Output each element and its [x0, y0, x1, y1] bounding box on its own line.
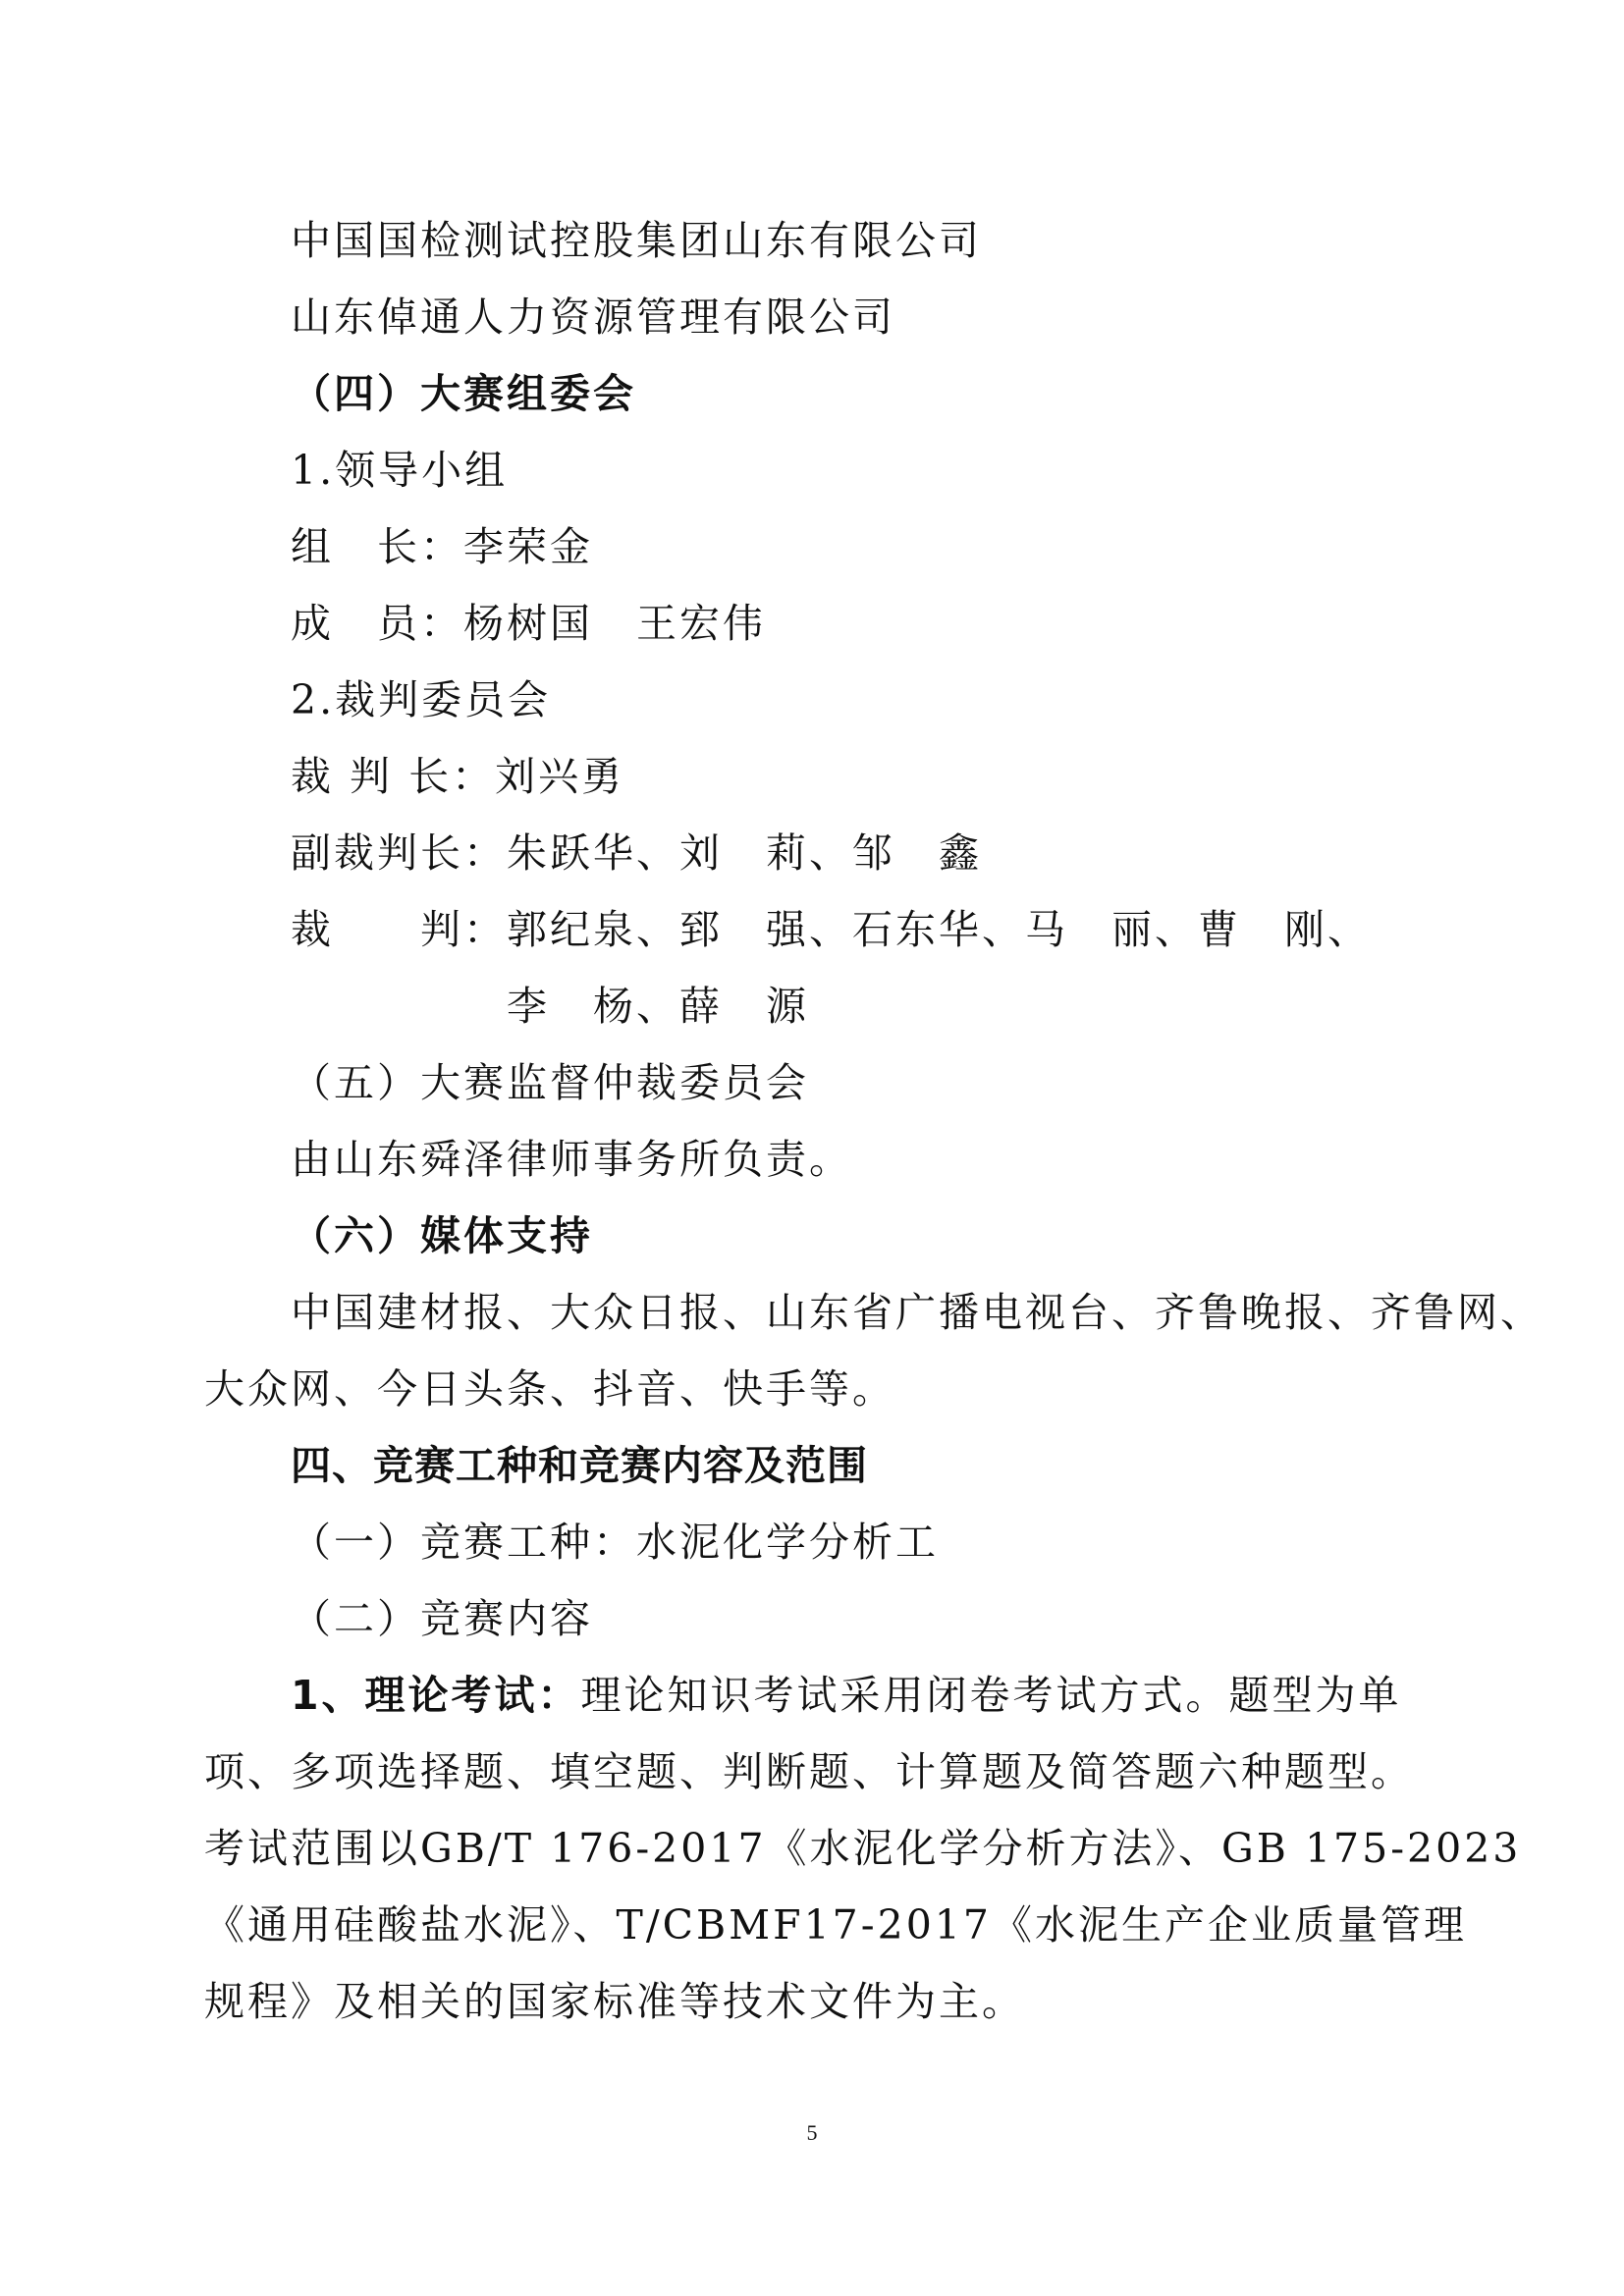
org-line-zhuotong-hr: 山东倬通人力资源管理有限公司	[204, 279, 1432, 355]
competition-content-heading: （二）竞赛内容	[204, 1580, 1432, 1657]
subheading-referee-committee: 2.裁判委员会	[204, 662, 1432, 738]
document-page: 中国国检测试控股集团山东有限公司 山东倬通人力资源管理有限公司 （四）大赛组委会…	[0, 0, 1624, 2296]
group-members-line: 成 员：杨树国 王宏伟	[204, 585, 1432, 662]
theory-exam-paragraph-line-4: 《通用硅酸盐水泥》、T/CBMF17-2017《水泥生产企业质量管理	[204, 1887, 1432, 1963]
theory-exam-paragraph-line-5: 规程》及相关的国家标准等技术文件为主。	[204, 1963, 1432, 2040]
referees-line-continued: 李 杨、薛 源	[204, 968, 1432, 1044]
supervision-description: 由山东舜泽律师事务所负责。	[204, 1121, 1432, 1198]
deputy-chief-referee-line: 副裁判长：朱跃华、刘 莉、邹 鑫	[204, 815, 1432, 891]
theory-exam-paragraph-line-2: 项、多项选择题、填空题、判断题、计算题及简答题六种题型。	[204, 1734, 1432, 1810]
org-line-cci-shandong: 中国国检测试控股集团山东有限公司	[204, 202, 1432, 279]
section-heading-media-support: （六）媒体支持	[204, 1198, 1432, 1274]
group-leader-line: 组 长：李荣金	[204, 508, 1432, 585]
media-list-line-2: 大众网、今日头条、抖音、快手等。	[204, 1351, 1432, 1427]
document-body: 中国国检测试控股集团山东有限公司 山东倬通人力资源管理有限公司 （四）大赛组委会…	[204, 202, 1432, 2040]
referees-line: 裁 判：郭纪泉、郅 强、石东华、马 丽、曹 刚、	[204, 891, 1432, 968]
media-list-line-1: 中国建材报、大众日报、山东省广播电视台、齐鲁晚报、齐鲁网、	[204, 1274, 1432, 1351]
chief-referee-line: 裁 判 长：刘兴勇	[204, 738, 1432, 815]
subheading-leadership-group: 1.领导小组	[204, 432, 1432, 508]
theory-exam-paragraph-line-3: 考试范围以GB/T 176-2017《水泥化学分析方法》、GB 175-2023	[204, 1810, 1432, 1887]
chapter-heading-competition-scope: 四、竞赛工种和竞赛内容及范围	[204, 1427, 1432, 1504]
theory-exam-paragraph-first-line: 1、理论考试：理论知识考试采用闭卷考试方式。题型为单	[204, 1657, 1432, 1734]
theory-exam-text: 理论知识考试采用闭卷考试方式。题型为单	[581, 1672, 1402, 1719]
page-number: 5	[801, 2120, 823, 2146]
theory-exam-label: 1、理论考试：	[291, 1672, 581, 1719]
section-heading-organizing-committee: （四）大赛组委会	[204, 355, 1432, 432]
competition-trade-line: （一）竞赛工种：水泥化学分析工	[204, 1504, 1432, 1580]
section-heading-supervision-committee: （五）大赛监督仲裁委员会	[204, 1044, 1432, 1121]
